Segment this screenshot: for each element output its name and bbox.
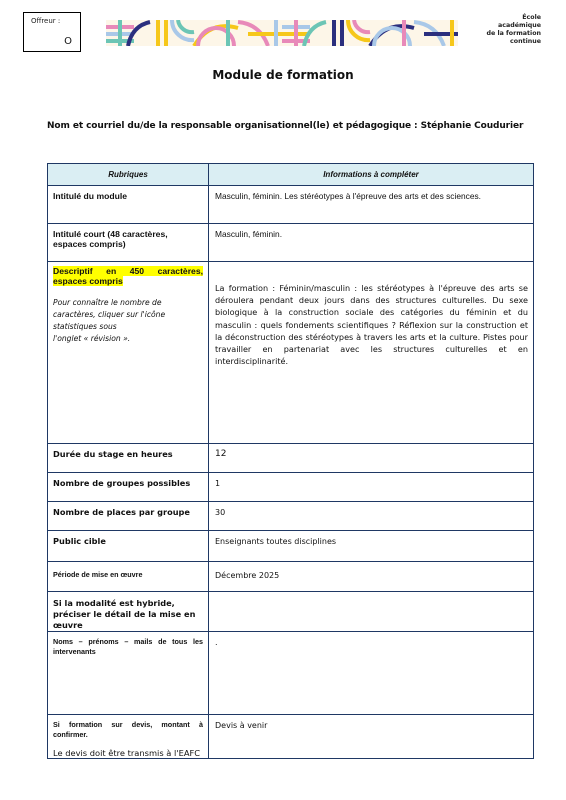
row-label: Descriptif en 450 caractères, espaces co…: [48, 262, 208, 286]
form-table: Rubriques Informations à compléter Intit…: [47, 163, 534, 759]
school-line: de la formation: [486, 30, 541, 38]
row-label: Intitulé du module: [48, 186, 208, 201]
decorative-banner: [106, 20, 458, 46]
offreur-box: Offreur : O: [23, 12, 81, 52]
school-line: académique: [486, 22, 541, 30]
table-row: Si la modalité est hybride, préciser le …: [48, 592, 534, 632]
table-row: Descriptif en 450 caractères, espaces co…: [48, 262, 534, 444]
offreur-value: O: [64, 36, 72, 47]
row-label: Intitulé court (48 caractères, espaces c…: [48, 224, 208, 249]
row-value[interactable]: Devis à venir: [209, 715, 533, 731]
table-row: Noms – prénoms – mails de tous les inter…: [48, 632, 534, 715]
character-count-note: Pour connaître le nombre de caractères, …: [48, 292, 208, 345]
table-row: Intitulé du module Masculin, féminin. Le…: [48, 186, 534, 224]
table-row: Période de mise en œuvre Décembre 2025: [48, 562, 534, 592]
school-line: École: [486, 14, 541, 22]
table-row: Durée du stage en heures 12: [48, 444, 534, 473]
row-value[interactable]: La formation : Féminin/masculin : les st…: [209, 262, 533, 367]
row-label: Nombre de places par groupe: [48, 502, 208, 517]
row-label: Noms – prénoms – mails de tous les inter…: [48, 632, 208, 657]
row-value[interactable]: [209, 592, 533, 597]
table-row: Intitulé court (48 caractères, espaces c…: [48, 224, 534, 262]
row-label: Si la modalité est hybride, préciser le …: [48, 592, 208, 631]
row-value[interactable]: Décembre 2025: [209, 562, 533, 581]
table-row: Si formation sur devis, montant à confir…: [48, 715, 534, 759]
row-value[interactable]: Enseignants toutes disciplines: [209, 531, 533, 547]
school-line: continue: [486, 38, 541, 46]
row-label: Si formation sur devis, montant à confir…: [48, 715, 208, 740]
row-label: Nombre de groupes possibles: [48, 473, 208, 488]
table-row: Public cible Enseignants toutes discipli…: [48, 531, 534, 562]
school-logo-text: École académique de la formation continu…: [486, 14, 541, 46]
row-value[interactable]: 12: [209, 444, 533, 460]
row-value[interactable]: Masculin, féminin.: [209, 224, 533, 240]
header-rubriques: Rubriques: [48, 164, 209, 186]
devis-note: Le devis doit être transmis à l'EAFC: [48, 748, 208, 758]
table-row: Nombre de groupes possibles 1: [48, 473, 534, 502]
row-value[interactable]: .: [209, 632, 533, 648]
row-label: Public cible: [48, 531, 208, 546]
row-value[interactable]: 1: [209, 473, 533, 489]
row-value[interactable]: 30: [209, 502, 533, 518]
note-line: Pour connaître le nombre de: [53, 297, 203, 309]
page-title: Module de formation: [0, 68, 566, 82]
note-line: caractères, cliquer sur l'icône: [53, 309, 203, 321]
highlighted-label: Descriptif en 450 caractères, espaces co…: [53, 266, 203, 286]
table-row: Nombre de places par groupe 30: [48, 502, 534, 531]
table-header-row: Rubriques Informations à compléter: [48, 164, 534, 186]
row-label: Durée du stage en heures: [48, 444, 208, 459]
note-line: statistiques sous: [53, 321, 203, 333]
header-informations: Informations à compléter: [209, 164, 534, 186]
row-label: Période de mise en œuvre: [48, 562, 208, 580]
row-value[interactable]: Masculin, féminin. Les stéréotypes à l'é…: [209, 186, 533, 202]
responsible-line: Nom et courriel du/de la responsable org…: [47, 121, 523, 131]
offreur-label: Offreur :: [31, 17, 60, 25]
note-line: l'onglet « révision ».: [53, 333, 203, 345]
